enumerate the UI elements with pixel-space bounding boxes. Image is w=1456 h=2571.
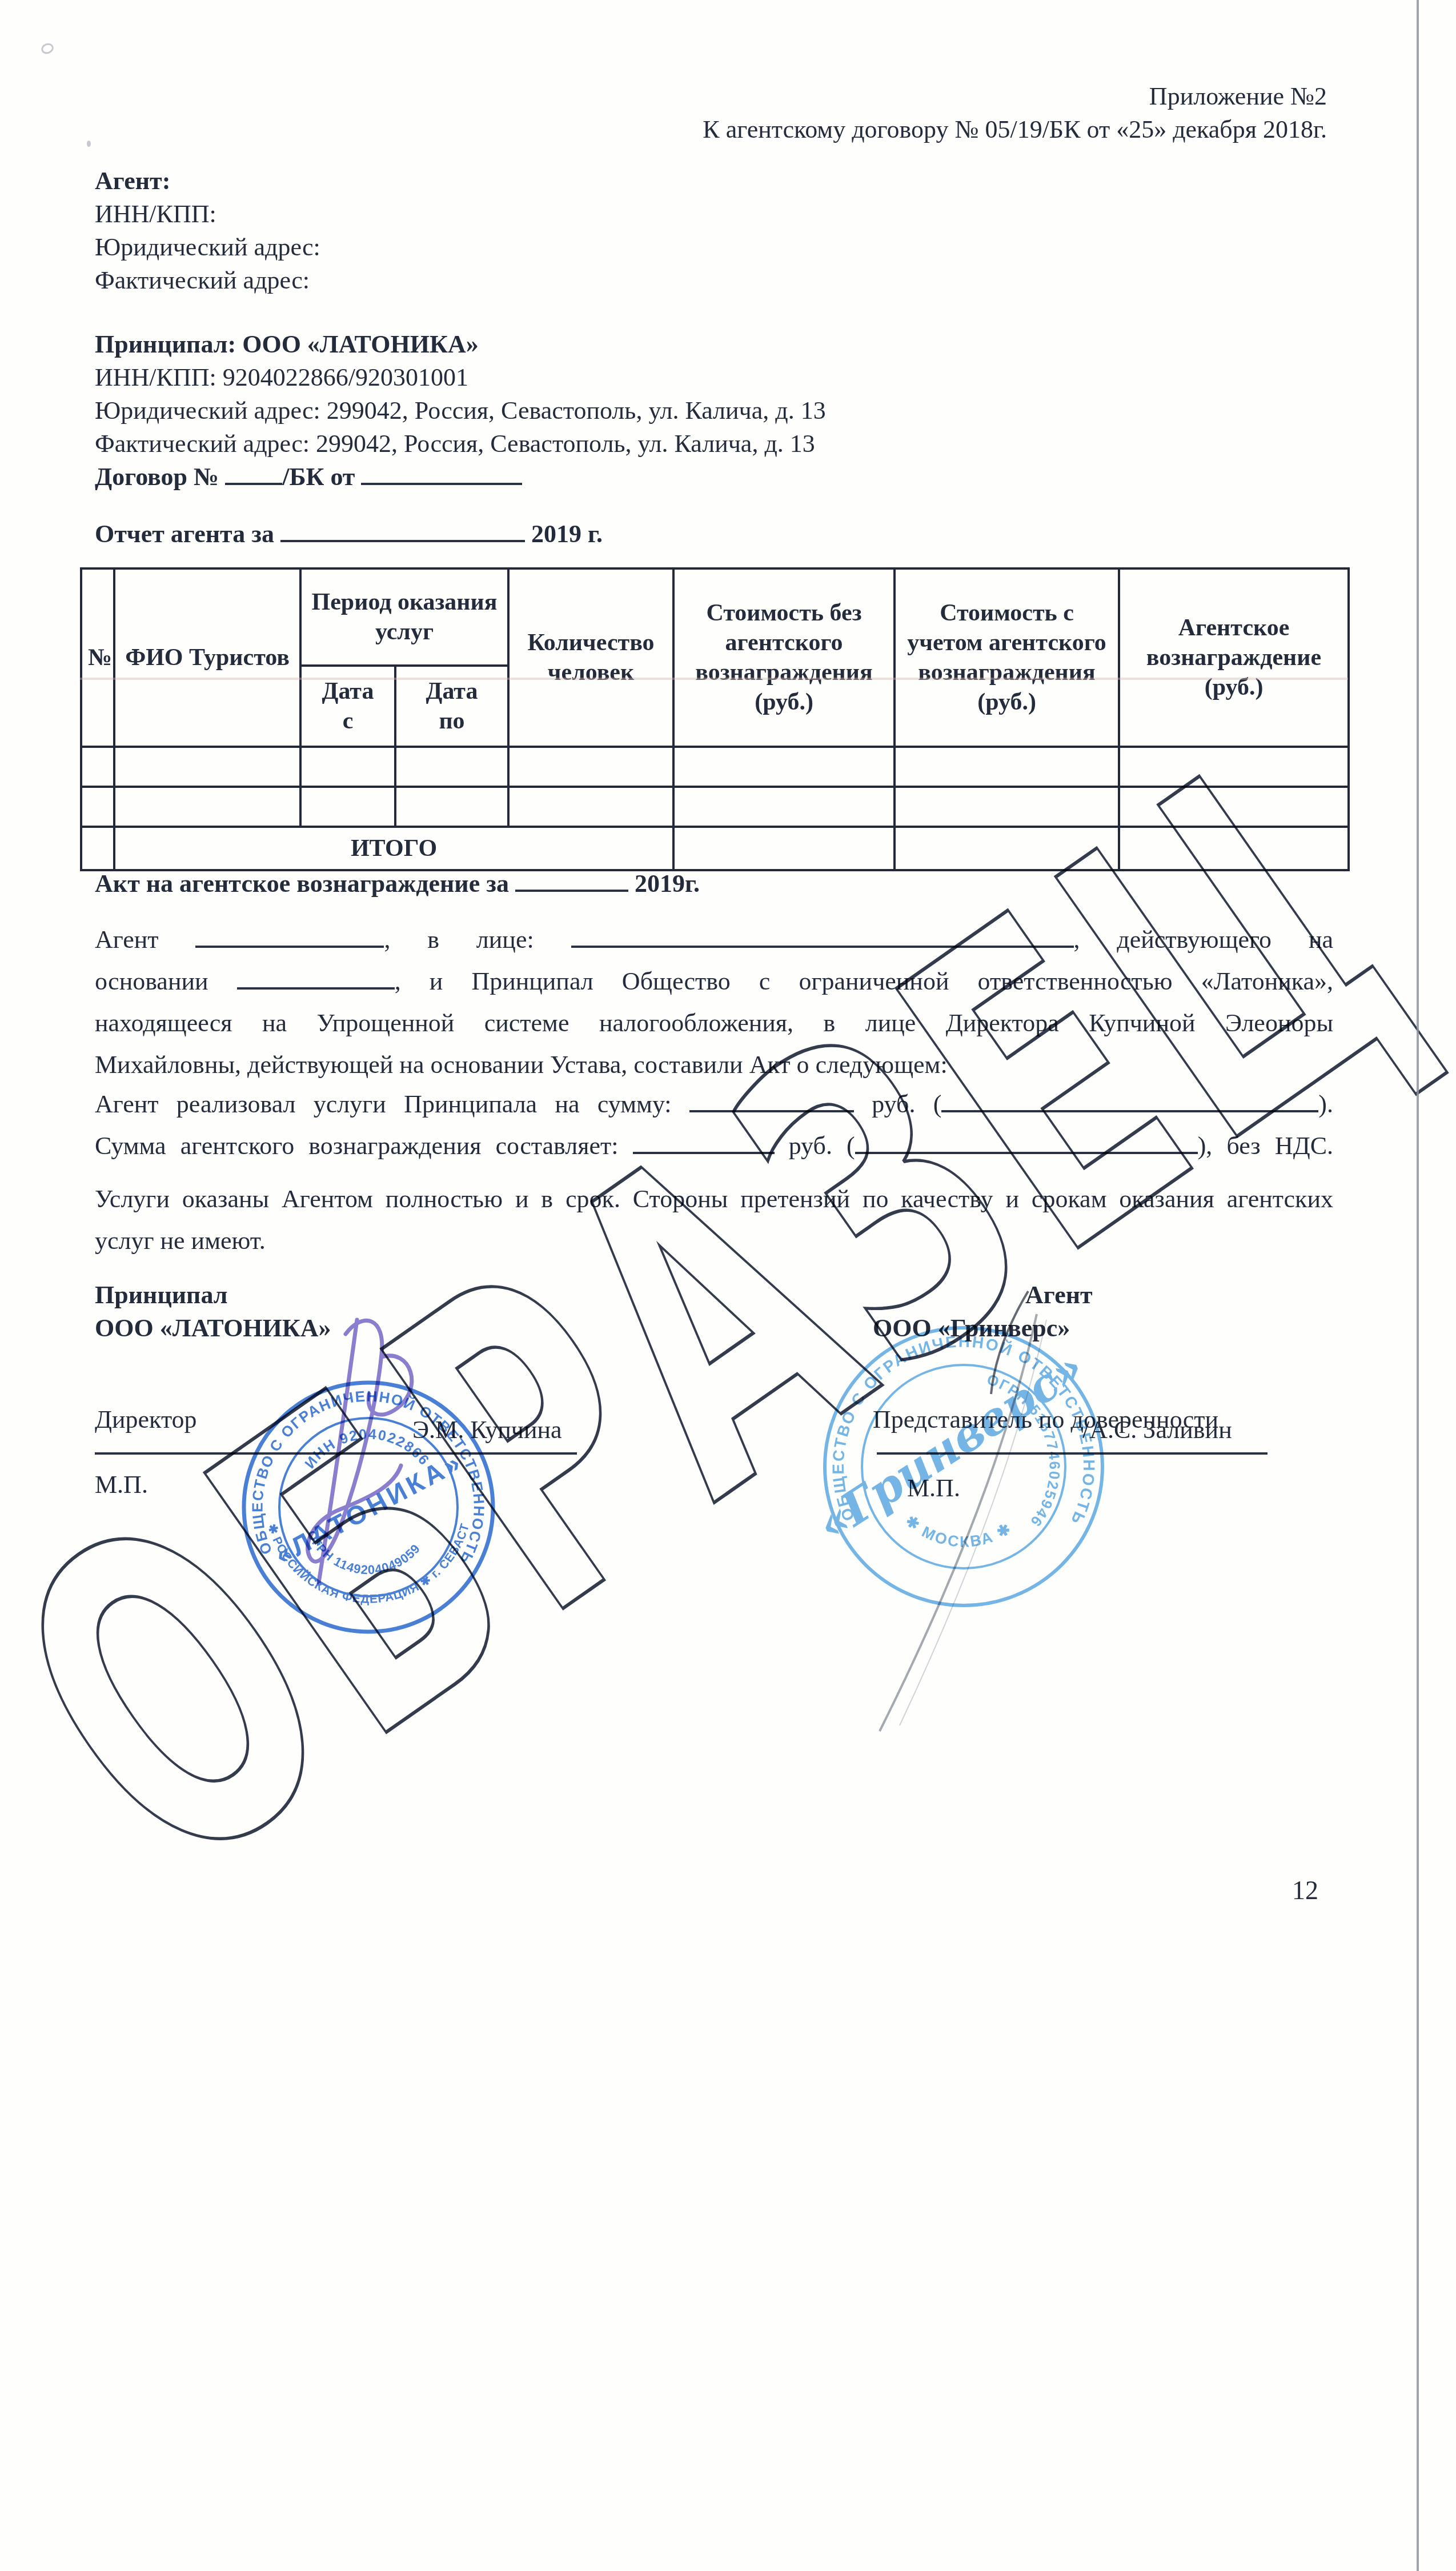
act-title-line: Акт на агентское вознаграждение за 2019г… <box>95 867 700 900</box>
table-cell <box>395 747 508 787</box>
act-text: Агент реализовал услуги Принципала на су… <box>95 1090 672 1118</box>
col-header-people-count: Количество человек <box>508 568 673 747</box>
table-row-total: ИТОГО <box>81 827 1349 870</box>
table-cell <box>81 827 114 870</box>
act-paragraph-line4: Михайловны, действующей на основании Уст… <box>95 1044 1333 1086</box>
table-cell <box>1119 787 1349 827</box>
date-to-label: по <box>402 706 502 736</box>
principal-role-label: Принципал <box>95 1279 228 1312</box>
stamp-ogrn-text: ОГРН 5167746025946 <box>985 1371 1064 1531</box>
table-cell <box>300 787 395 827</box>
total-label-cell: ИТОГО <box>114 827 673 870</box>
seal-placeholder-left: М.П. <box>95 1468 148 1501</box>
act-paragraph-line2: основании , и Принципал Общество с огран… <box>95 960 1333 1002</box>
act-sum-line1: Агент реализовал услуги Принципала на су… <box>95 1083 1333 1125</box>
representative-signature <box>845 1280 1085 1737</box>
act-text: руб. ( <box>789 1132 855 1160</box>
report-year: 2019 г. <box>531 520 603 548</box>
agent-title: Агент: <box>95 165 320 198</box>
date-from-label: с <box>307 706 388 736</box>
signature-line-right <box>877 1452 1268 1455</box>
scan-crease <box>80 678 1348 680</box>
svg-text:✱ РОССИЙСКАЯ ФЕДЕРАЦИЯ ✱ г. СЕ: ✱ РОССИЙСКАЯ ФЕДЕРАЦИЯ ✱ г. СЕВАСТОПОЛЬ <box>237 1376 472 1606</box>
act-text: , действующего на <box>1074 926 1333 954</box>
appendix-header: Приложение №2 К агентскому договору № 05… <box>703 80 1327 146</box>
date-label: Дата <box>307 676 388 706</box>
director-signature <box>257 1303 474 1600</box>
table-cell <box>895 787 1119 827</box>
act-text: ), без НДС. <box>1198 1132 1333 1160</box>
closing-line1: Услуги оказаны Агентом полностью и в сро… <box>95 1178 1333 1220</box>
blank-sum-amount <box>689 1104 854 1112</box>
agent-report-line: Отчет агента за 2019 г. <box>95 518 603 551</box>
svg-text:✱ МОСКВА ✱: ✱ МОСКВА ✱ <box>902 1512 1014 1550</box>
principal-inn: ИНН/КПП: 9204022866/920301001 <box>95 361 826 394</box>
act-title: Акт на агентское вознаграждение за <box>95 870 509 898</box>
table-cell <box>508 787 673 827</box>
stamp-city-text: ✱ МОСКВА ✱ <box>902 1512 1014 1550</box>
document-page: Приложение №2 К агентскому договору № 05… <box>0 0 1456 2571</box>
scan-speck <box>40 42 55 55</box>
act-text: , и Принципал Общество с ограниченной от… <box>395 967 1333 995</box>
act-year: 2019г. <box>635 870 700 898</box>
date-label: Дата <box>402 676 502 706</box>
appendix-title: Приложение №2 <box>703 80 1327 113</box>
report-label: Отчет агента за <box>95 520 274 548</box>
table-cell <box>114 747 300 787</box>
table-cell <box>114 787 300 827</box>
blank-contract-date <box>361 477 522 485</box>
stamp-ring-text: ОБЩЕСТВО С ОГРАНИЧЕННОЙ ОТВЕТСТВЕННОСТЬЮ <box>237 1376 488 1567</box>
col-header-cost-with-fee: Стоимость с учетом агентского вознагражд… <box>895 568 1119 747</box>
representative-name: /А.С. Заливин <box>1082 1413 1232 1447</box>
act-text: Сумма агентского вознаграждения составля… <box>95 1132 618 1160</box>
principal-legal-address: Юридический адрес: 299042, Россия, Севас… <box>95 394 826 427</box>
blank-basis-document <box>237 982 395 990</box>
blank-sum-words <box>941 1104 1318 1112</box>
director-name: Э.М. Купчина <box>412 1413 562 1447</box>
agent-report-table: № ФИО Туристов Период оказания услуг Кол… <box>80 567 1350 871</box>
stamp-ring-text: ✱ РОССИЙСКАЯ ФЕДЕРАЦИЯ ✱ г. СЕВАСТОПОЛЬ <box>237 1376 472 1606</box>
principal-title: Принципал: ООО «ЛАТОНИКА» <box>95 328 826 361</box>
act-text: основании <box>95 967 208 995</box>
table-cell <box>895 747 1119 787</box>
table-cell <box>673 787 895 827</box>
svg-text:ОБЩЕСТВО С ОГРАНИЧЕННОЙ ОТВЕТС: ОБЩЕСТВО С ОГРАНИЧЕННОЙ ОТВЕТСТВЕННОСТЬЮ <box>237 1376 488 1567</box>
blank-act-period <box>515 884 628 892</box>
table-cell <box>81 787 114 827</box>
agent-legal-address-label: Юридический адрес: <box>95 231 320 264</box>
table-row-empty <box>81 787 1349 827</box>
col-header-service-period: Период оказания услуг <box>300 568 508 666</box>
table-cell <box>673 747 895 787</box>
blank-fee-words <box>855 1146 1198 1154</box>
table-row-empty <box>81 747 1349 787</box>
principal-company-label: ООО «ЛАТОНИКА» <box>95 1312 331 1345</box>
stamp-center-name: «ЛАТОНИКА» <box>270 1446 468 1570</box>
page-number: 12 <box>1292 1875 1318 1905</box>
scan-edge-line <box>1417 0 1419 2571</box>
seal-placeholder-right: М.П. <box>907 1472 960 1505</box>
table-cell <box>300 747 395 787</box>
closing-line2: услуг не имеют. <box>95 1220 1333 1262</box>
agent-company-label: ООО «Гринверс» <box>873 1312 1070 1345</box>
director-label: Директор <box>95 1403 197 1436</box>
col-header-agent-fee: Агентское вознаграждение (руб.) <box>1119 568 1349 747</box>
table-cell <box>673 827 895 870</box>
blank-report-period <box>280 534 525 542</box>
svg-text:ОГРН 1149204049059: ОГРН 1149204049059 <box>304 1528 423 1577</box>
appendix-subtitle: К агентскому договору № 05/19/БК от «25»… <box>703 113 1327 146</box>
blank-agent-person <box>571 940 1074 948</box>
blank-contract-number <box>225 477 282 485</box>
agent-role-label: Агент <box>1025 1279 1093 1312</box>
table-cell <box>81 747 114 787</box>
contract-label-2: /БК от <box>282 463 355 491</box>
agent-inn-label: ИНН/КПП: <box>95 198 320 231</box>
act-text: ). <box>1318 1090 1333 1118</box>
col-header-cost-without-fee: Стоимость без агентского вознаграждения … <box>673 568 895 747</box>
blank-fee-amount <box>633 1146 775 1154</box>
stamp-ogrn-text: ОГРН 1149204049059 <box>304 1528 423 1577</box>
table-cell <box>1119 827 1349 870</box>
col-header-number: № <box>81 568 114 747</box>
act-sum-line2: Сумма агентского вознаграждения составля… <box>95 1125 1333 1167</box>
table-cell <box>1119 747 1349 787</box>
act-text: руб. ( <box>872 1090 941 1118</box>
table-cell <box>395 787 508 827</box>
principal-actual-address: Фактический адрес: 299042, Россия, Севас… <box>95 427 826 460</box>
svg-text:ОГРН 5167746025946: ОГРН 5167746025946 <box>985 1371 1064 1531</box>
act-paragraph-line3: находящееся на Упрощенной системе налого… <box>95 1002 1333 1044</box>
table-cell <box>895 827 1119 870</box>
signature-line-left <box>95 1452 577 1455</box>
act-text: Агент <box>95 926 159 954</box>
contract-number-line: Договор № /БК от <box>95 460 826 494</box>
grinvers-stamp: ОБЩЕСТВО С ОГРАНИЧЕННОЙ ОТВЕТСТВЕННОСТЬЮ… <box>821 1324 1106 1609</box>
col-header-tourist-name: ФИО Туристов <box>114 568 300 747</box>
contract-label: Договор № <box>95 463 219 491</box>
scan-speck <box>87 141 91 147</box>
stamp-center-name: «Гринверс» <box>821 1340 1093 1552</box>
act-paragraph-line1: Агент , в лице: , действующего на <box>95 919 1333 960</box>
agent-actual-address-label: Фактический адрес: <box>95 264 320 297</box>
blank-agent-name <box>195 940 384 948</box>
act-text: , в лице: <box>384 926 534 954</box>
table-cell <box>508 747 673 787</box>
